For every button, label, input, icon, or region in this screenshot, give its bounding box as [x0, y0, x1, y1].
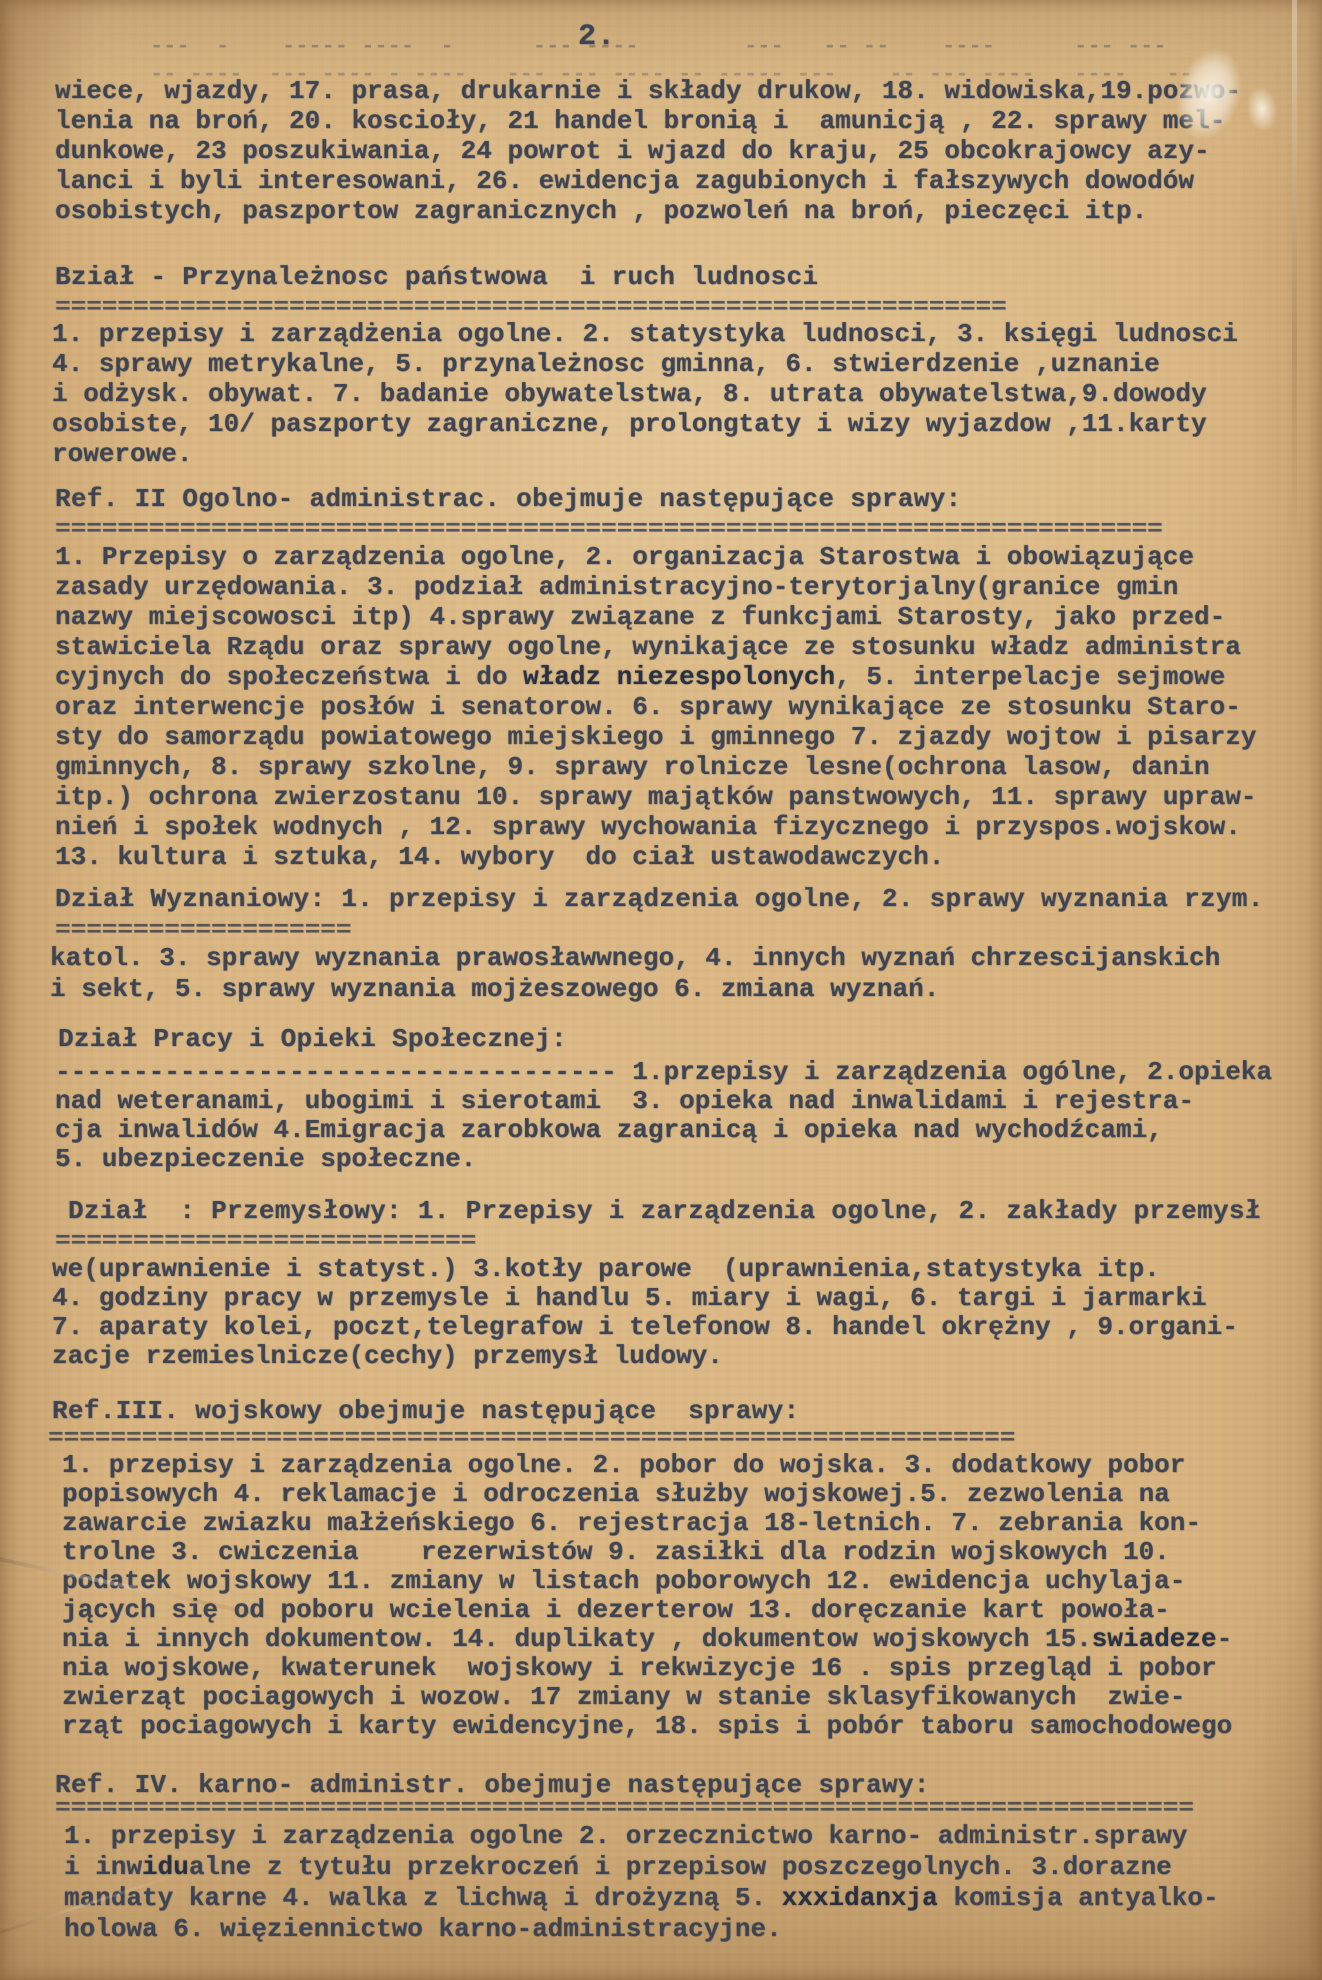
text-line: 5. ubezpieczenie społeczne. [55, 1145, 1272, 1174]
heading-dzial-przemyslowy: Dział : Przemysłowy: 1. Przepisy i zarzą… [68, 1196, 1261, 1226]
heading-ref-iii-wojskowy: Ref.III. wojskowy obejmuje następujące s… [52, 1396, 799, 1426]
paper-crease [1292, 0, 1297, 560]
heading-dzial-pracy-i-opieki-spolecznej: Dział Pracy i Opieki Społecznej: [58, 1024, 567, 1054]
text-line: 1. przepisy i zarządżenia ogolne. 2. sta… [52, 319, 1238, 349]
para-ref-iv-karno-administracyjny: 1. przepisy i zarządzenia ogolne 2. orze… [64, 1821, 1219, 1945]
text-line: nia wojskowe, kwaterunek wojskowy i rekw… [62, 1654, 1232, 1683]
text-line: i sekt, 5. sprawy wyznania mojżeszowego … [50, 974, 1220, 1005]
text-line: 7. aparaty kolei, poczt,telegrafow i tel… [52, 1313, 1238, 1342]
text-line: cyjnych do społeczeństwa i do władz niez… [55, 662, 1256, 692]
text-line: zasady urzędowania. 3. podział administr… [55, 572, 1256, 602]
text-line: holowa 6. więziennictwo karno-administra… [64, 1914, 1219, 1945]
text-line: jących się od poboru wcielenia i dezerte… [62, 1596, 1232, 1625]
text-line: zacje rzemieslnicze(cechy) przemysł ludo… [52, 1342, 1238, 1371]
text-line: gminnych, 8. sprawy szkolne, 9. sprawy r… [55, 752, 1256, 782]
para-dzial-pracy-i-opieki: ------------------------------------ 1.p… [55, 1058, 1272, 1174]
heading-dzial-przynaleznosc-panstwowa: Bział - Przynależnosc państwowa i ruch l… [55, 262, 818, 292]
para-intro-continuation: wiece, wjazdy, 17. prasa, drukarnie i sk… [55, 76, 1241, 226]
text-line: ------------------------------------ 1.p… [55, 1058, 1272, 1087]
typed-rule: =========================== [55, 1231, 476, 1251]
text-line: 4. sprawy metrykalne, 5. przynależnosc g… [52, 349, 1238, 379]
text-line: 1. Przepisy o zarządzenia ogolne, 2. org… [55, 542, 1256, 572]
text-line: we(uprawnienie i statyst.) 3.kotły parow… [52, 1255, 1238, 1284]
text-line: osobistych, paszportow zagranicznych , p… [55, 196, 1241, 226]
text-line: wiece, wjazdy, 17. prasa, drukarnie i sk… [55, 76, 1241, 106]
text-line: katol. 3. sprawy wyznania prawosławwnego… [50, 943, 1220, 974]
text-line: nad weteranami, ubogimi i sierotami 3. o… [55, 1087, 1272, 1116]
text-line: osobiste, 10/ paszporty zagraniczne, pro… [52, 409, 1238, 439]
para-ref-iii-wojskowy: 1. przepisy i zarządzenia ogolne. 2. pob… [62, 1451, 1232, 1741]
para-dzial-przemyslowy: we(uprawnienie i statyst.) 3.kotły parow… [52, 1255, 1238, 1371]
para-dzial-wyznaniowy: katol. 3. sprawy wyznania prawosławwnego… [50, 943, 1220, 1005]
scanned-page: 2. --- - ----- ---- - --- ---- --- -- --… [0, 0, 1322, 1980]
text-line: sty do samorządu powiatowego miejskiego … [55, 722, 1256, 752]
text-line: i inwidualne z tytułu przekroczeń i prze… [64, 1852, 1219, 1883]
paper-scratch [1244, 84, 1280, 134]
text-line: oraz interwencje posłów i senatorow. 6. … [55, 692, 1256, 722]
typed-rule: ========================================… [55, 519, 1163, 539]
heading-ref-ii-ogolno-administracyjny: Ref. II Ogolno- administrac. obejmuje na… [55, 484, 961, 514]
text-line: cja inwalidów 4.Emigracja zarobkowa zagr… [55, 1116, 1272, 1145]
text-line: rząt pociagowych i karty ewidencyjne, 18… [62, 1712, 1232, 1741]
text-line: 13. kultura i sztuka, 14. wybory do ciał… [55, 842, 1256, 872]
text-line: nień i społek wodnych , 12. sprawy wycho… [55, 812, 1256, 842]
para-ref-ii-ogolno-administracyjny: 1. Przepisy o zarządzenia ogolne, 2. org… [55, 542, 1256, 872]
text-line: lenia na broń, 20. koscioły, 21 handel b… [55, 106, 1241, 136]
text-line: mandaty karne 4. walka z lichwą i drożyz… [64, 1883, 1219, 1914]
typed-rule: ========================================… [55, 297, 1007, 317]
typed-rule: ========================================… [55, 1798, 1194, 1818]
text-line: dunkowe, 23 poszukiwania, 24 powrot i wj… [55, 136, 1241, 166]
typed-rule: =================== [55, 920, 351, 940]
para-przynaleznosc-panstwowa: 1. przepisy i zarządżenia ogolne. 2. sta… [52, 319, 1238, 469]
text-line: zawarcie zwiazku małżeńskiego 6. rejestr… [62, 1509, 1232, 1538]
text-line: 1. przepisy i zarządzenia ogolne. 2. pob… [62, 1451, 1232, 1480]
text-line: lanci i byli interesowani, 26. ewidencja… [55, 166, 1241, 196]
heading-dzial-wyznaniowy: Dział Wyznaniowy: 1. przepisy i zarządze… [55, 884, 1264, 914]
text-line: podatek wojskowy 11. zmiany w listach po… [62, 1567, 1232, 1596]
text-line: 4. godziny pracy w przemysle i handlu 5.… [52, 1284, 1238, 1313]
text-line: i odżysk. obywat. 7. badanie obywatelstw… [52, 379, 1238, 409]
text-line: rowerowe. [52, 439, 1238, 469]
typed-rule: ========================================… [48, 1428, 1015, 1448]
text-line: zwierząt pociagowych i wozow. 17 zmiany … [62, 1683, 1232, 1712]
text-line: itp.) ochrona zwierzostanu 10. sprawy ma… [55, 782, 1256, 812]
text-line: nazwy miejscowosci itp) 4.sprawy związan… [55, 602, 1256, 632]
text-line: popisowych 4. reklamacje i odroczenia sł… [62, 1480, 1232, 1509]
text-line: nia i innych dokumentow. 14. duplikaty ,… [62, 1625, 1232, 1654]
text-line: stawiciela Rządu oraz sprawy ogolne, wyn… [55, 632, 1256, 662]
ghost-dashes-top: --- - ----- ---- - --- ---- --- -- -- --… [150, 34, 1290, 59]
text-line: 1. przepisy i zarządzenia ogolne 2. orze… [64, 1821, 1219, 1852]
text-line: trolne 3. cwiczenia rezerwistów 9. zasił… [62, 1538, 1232, 1567]
